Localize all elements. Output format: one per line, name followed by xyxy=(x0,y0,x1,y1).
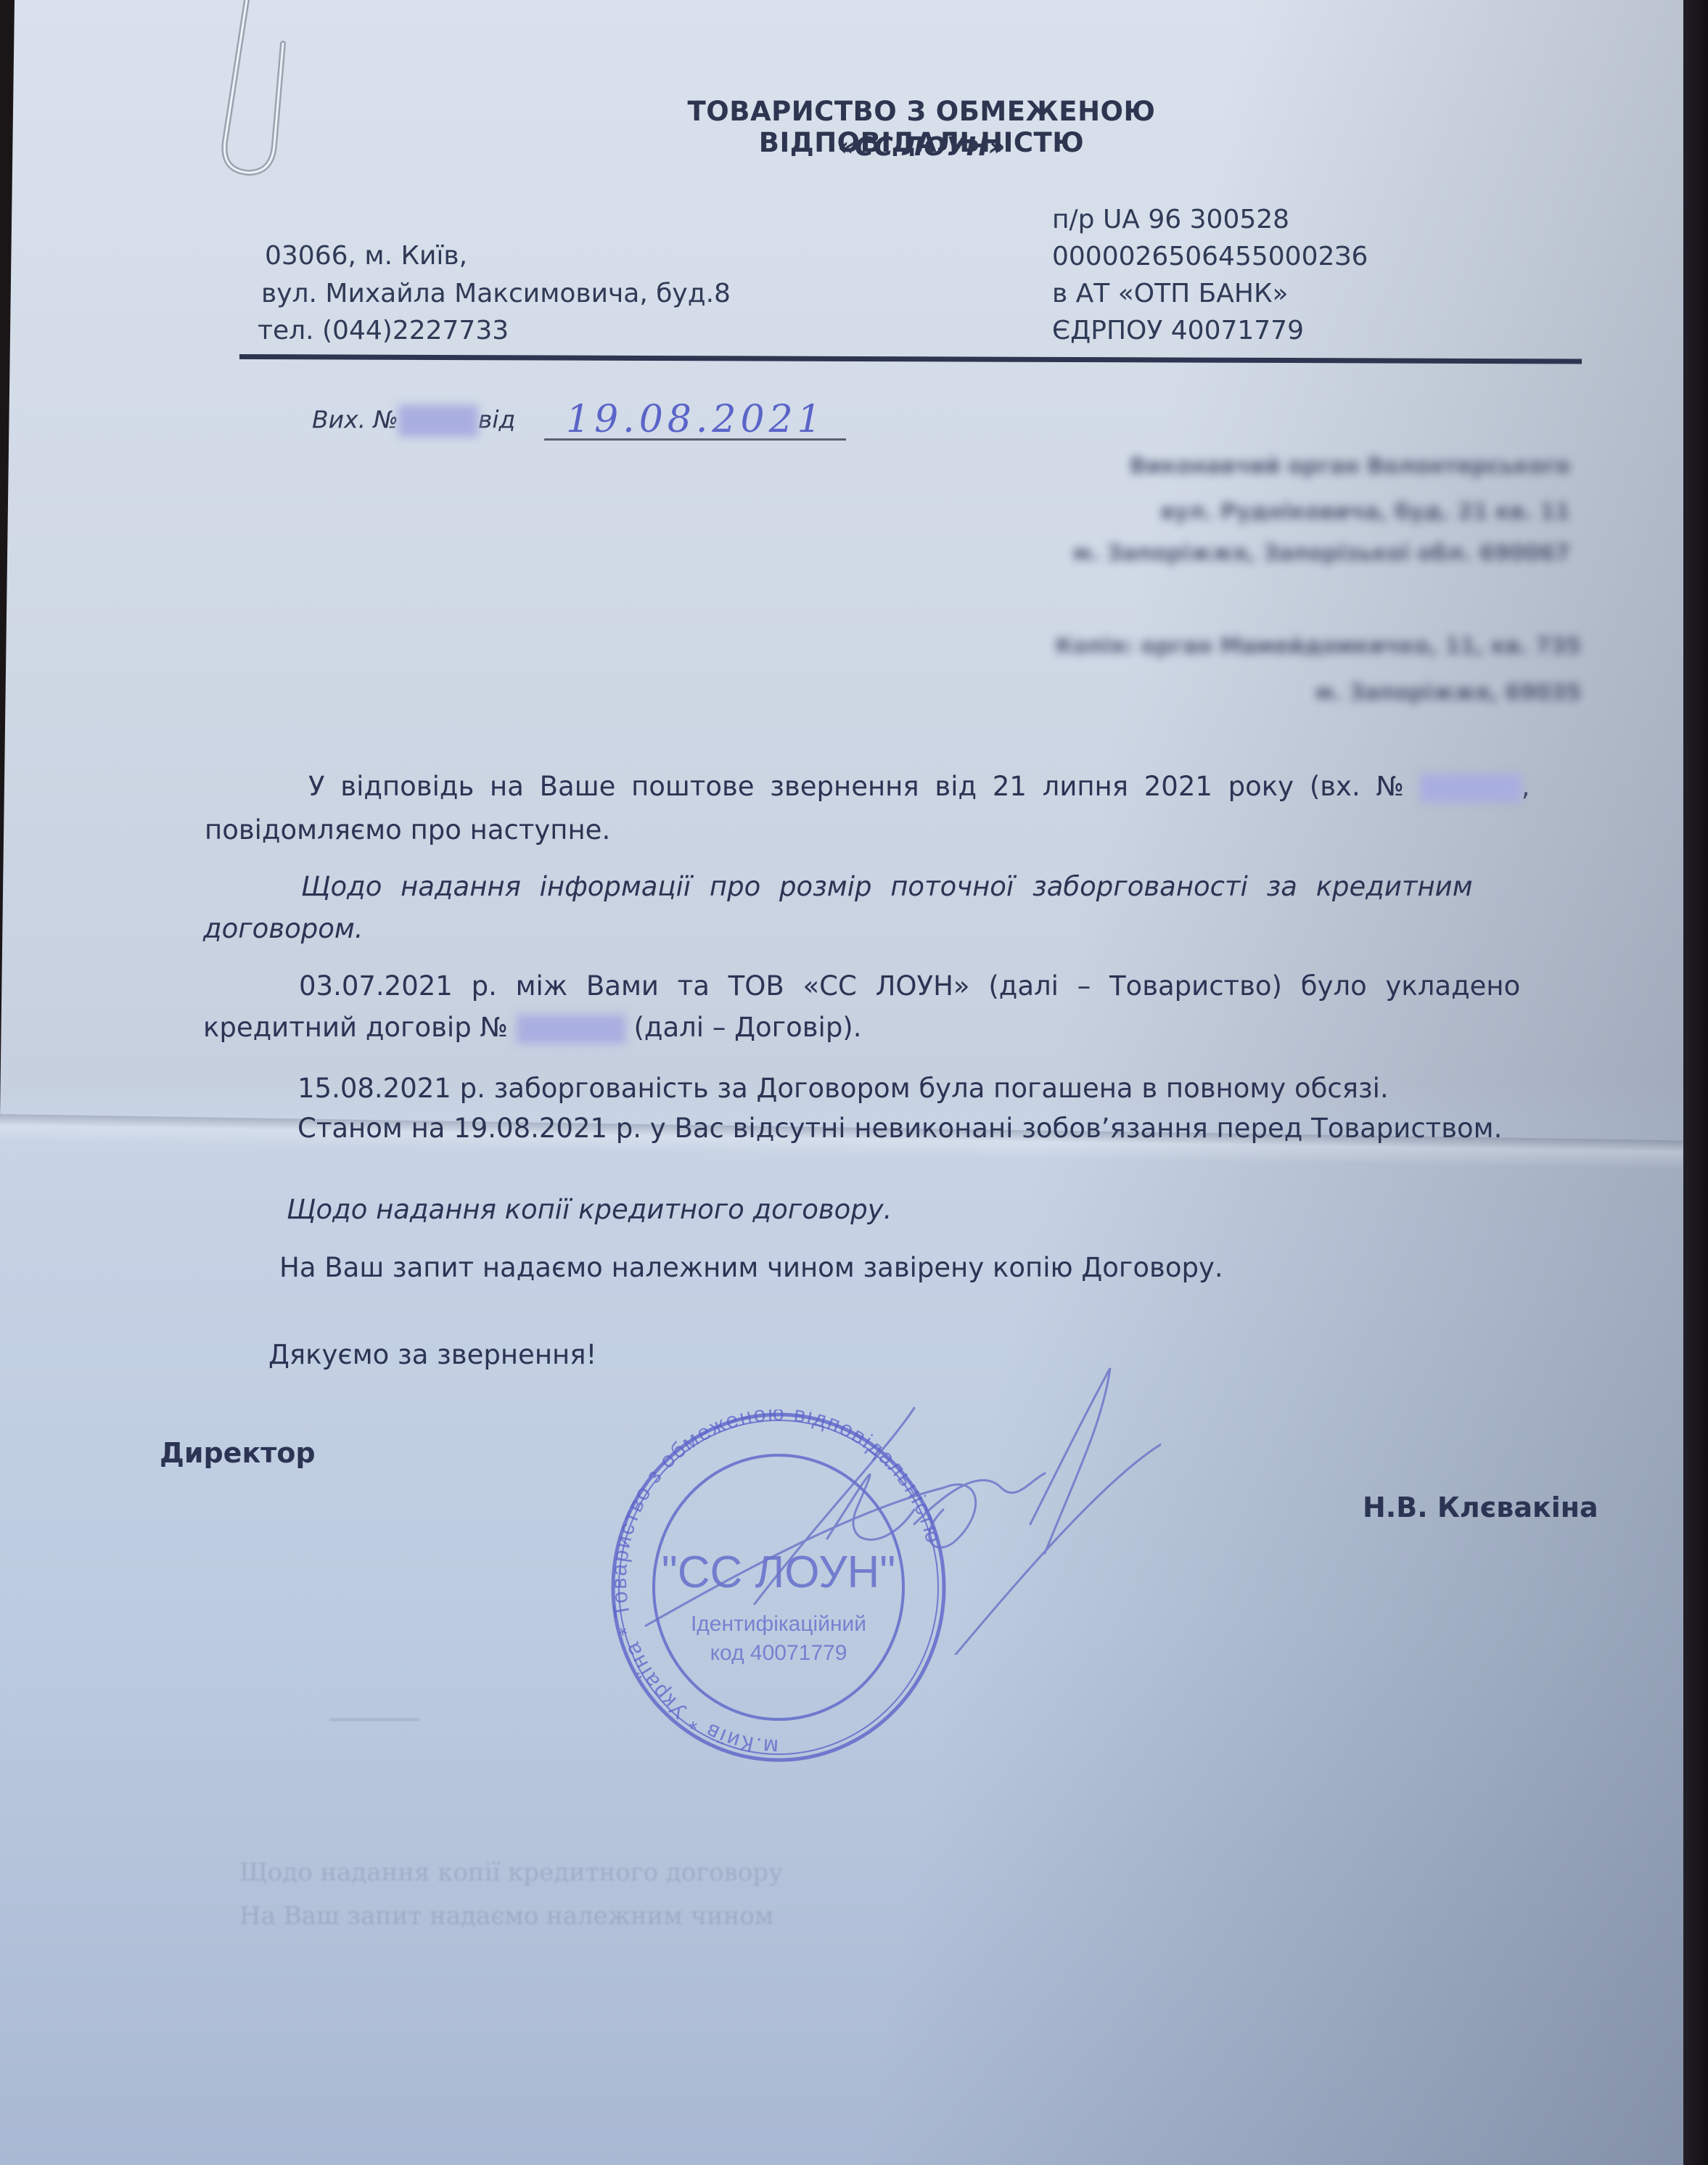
paragraph-copy: На Ваш запит надаємо належним чином заві… xyxy=(279,1252,1223,1283)
outgoing-label: Вих. № xyxy=(312,406,398,434)
contract-text: кредитний договір № xyxy=(203,1012,508,1043)
bleed-through-text: ────── xyxy=(330,1706,419,1735)
redacted-number xyxy=(398,405,478,437)
outgoing-number: Вих. №від xyxy=(312,405,515,437)
bleed-through-text: На Ваш запит надаємо належним чином xyxy=(239,1902,773,1931)
paragraph-intro: У відповідь на Ваше поштове звернення ві… xyxy=(308,771,1530,803)
bank-name-line: в АТ «ОТП БАНК» xyxy=(1052,279,1289,308)
contract-text-end: (далі – Договір). xyxy=(633,1012,861,1043)
paragraph-no-obligations: Станом на 19.08.2021 р. у Вас відсутні н… xyxy=(297,1113,1502,1144)
paragraph-intro-cont: повідомляємо про наступне. xyxy=(205,814,610,846)
bleed-through-text: Щодо надання копії кредитного договору xyxy=(239,1858,783,1887)
address-line: вул. Михайла Максимовича, буд.8 xyxy=(261,279,731,308)
outgoing-from-label: від xyxy=(478,406,515,434)
intro-text: У відповідь на Ваше поштове звернення ві… xyxy=(308,771,1404,802)
recipient-line: м. Запоріжжя, Запорізької обл. 690067 xyxy=(1073,541,1570,566)
recipient-line: вул. Рудніковича, буд. 21 кв. 11 xyxy=(1161,499,1571,525)
paragraph-contract: 03.07.2021 р. між Вами та ТОВ «СС ЛОУН» … xyxy=(299,970,1520,1002)
bank-account-line: п/р UA 96 300528 xyxy=(1052,205,1289,234)
redacted-incoming-number xyxy=(1420,774,1522,803)
recipient-line: Копія: орган Мамейдомкичко, 11, кв. 735 xyxy=(1055,634,1581,659)
section-heading-debt-cont: договором. xyxy=(203,913,364,944)
letter-document: ТОВАРИСТВО З ОБМЕЖЕНОЮ ВІДПОВІДАЛЬНІСТЮ … xyxy=(0,0,1708,2165)
bank-account-line: 00000265064550002З6 xyxy=(1052,242,1368,271)
address-line: 03066, м. Київ, xyxy=(265,241,467,271)
intro-comma: , xyxy=(1522,771,1530,802)
recipient-line: м. Запоріжжя, 69035 xyxy=(1315,680,1581,705)
redacted-contract-number xyxy=(517,1015,625,1044)
signatory-position: Директор xyxy=(160,1437,316,1469)
signatory-name: Н.В. Клєвакіна xyxy=(1363,1491,1598,1523)
director-signature xyxy=(639,1364,1161,1655)
company-name-heading: «СС ЛОУН» xyxy=(537,132,1306,162)
recipient-line: Виконавчий орган Волонтерського xyxy=(1130,454,1570,479)
section-heading-debt: Щодо надання інформації про розмір поточ… xyxy=(301,871,1473,902)
edrpou-line: ЄДРПОУ 40071779 xyxy=(1052,316,1304,345)
handwritten-date: 19.08.2021 xyxy=(566,398,826,441)
paragraph-repaid: 15.08.2021 р. заборгованість за Договоро… xyxy=(297,1073,1389,1104)
thanks-line: Дякуємо за звернення! xyxy=(268,1339,596,1370)
paragraph-contract-cont: кредитний договір № (далі – Договір). xyxy=(203,1012,862,1044)
phone-line: тел. (044)2227733 xyxy=(258,316,509,345)
letterhead-divider xyxy=(239,354,1582,364)
section-heading-copy: Щодо надання копії кредитного договору. xyxy=(287,1194,892,1225)
